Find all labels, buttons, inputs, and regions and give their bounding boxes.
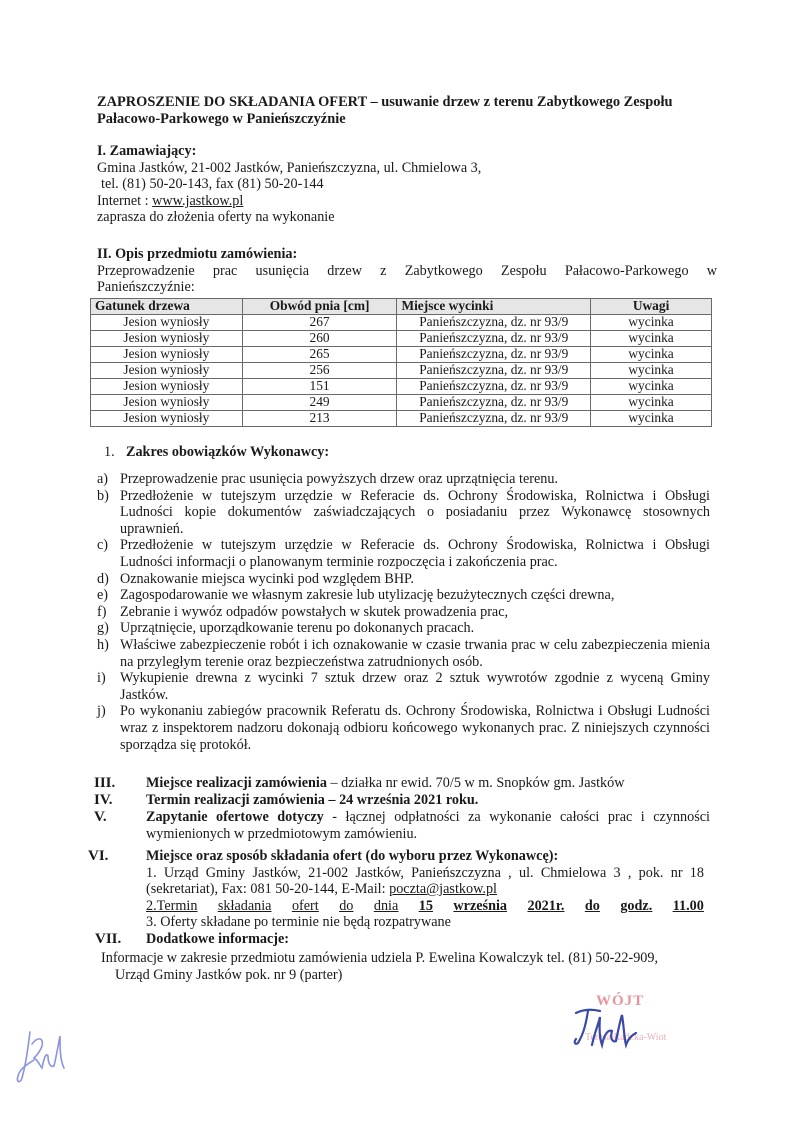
table-row: Jesion wyniosły267Panieńszczyzna, dz. nr… (91, 315, 712, 331)
column-header: Obwód pnia [cm] (242, 299, 397, 315)
item-text: Przeprowadzenie prac usunięcia powyższyc… (120, 471, 710, 488)
deadline-word: 2.Termin (146, 898, 197, 915)
section-ordering-party: I. Zamawiający: Gmina Jastków, 21-002 Ja… (97, 143, 717, 226)
item-text: Oznakowanie miejsca wycinki pod względem… (120, 571, 710, 588)
table-cell: wycinka (591, 347, 712, 363)
table-cell: Panieńszczyzna, dz. nr 93/9 (397, 379, 591, 395)
address-line: Gmina Jastków, 21-002 Jastków, Panieńszc… (97, 160, 717, 177)
item-label: b) (97, 488, 109, 505)
list-item: b)Przedłożenie w tutejszym urzędzie w Re… (97, 488, 710, 538)
section-numeral: VI. (88, 848, 108, 865)
item-label: h) (97, 637, 109, 654)
table-cell: wycinka (591, 363, 712, 379)
item-text: Przedłożenie w tutejszym urzędzie w Refe… (120, 537, 710, 570)
section-description: II. Opis przedmiotu zamówienia: Przeprow… (97, 246, 717, 296)
deadline-word: września (453, 898, 507, 915)
item-text: Zagospodarowanie we własnym zakresie lub… (120, 587, 710, 604)
item-label: a) (97, 471, 108, 488)
section-heading: Termin realizacji zamówienia – 24 wrześn… (146, 792, 710, 809)
table-cell: Jesion wyniosły (91, 315, 243, 331)
list-item: c)Przedłożenie w tutejszym urzędzie w Re… (97, 537, 710, 570)
intro-word: usunięcia (256, 263, 310, 280)
section-location: III. Miejsce realizacji zamówienia – dzi… (94, 775, 710, 792)
list-item: f)Zebranie i wywóz odpadów powstałych w … (97, 604, 710, 621)
deadline-word: 15 (419, 898, 433, 915)
table-row: Jesion wyniosły213Panieńszczyzna, dz. nr… (91, 411, 712, 427)
deadline-word: 11.00 (673, 898, 704, 915)
table-header-row: Gatunek drzewaObwód pnia [cm]Miejsce wyc… (91, 299, 712, 315)
intro-word: Przeprowadzenie (97, 263, 195, 280)
section-heading: Miejsce oraz sposób składania ofert (do … (146, 848, 704, 865)
table-cell: 260 (242, 331, 397, 347)
table-cell: 213 (242, 411, 397, 427)
list-item: d)Oznakowanie miejsca wycinki pod względ… (97, 571, 710, 588)
table-cell: Jesion wyniosły (91, 363, 243, 379)
document-title: ZAPROSZENIE DO SKŁADANIA OFERT – usuwani… (97, 94, 717, 128)
item-text: Wykupienie drewna z wycinki 7 sztuk drze… (120, 670, 710, 703)
table-cell: Jesion wyniosły (91, 411, 243, 427)
table-cell: Jesion wyniosły (91, 395, 243, 411)
scope-number: 1. (104, 444, 126, 461)
item-label: e) (97, 587, 108, 604)
table-cell: 256 (242, 363, 397, 379)
intro-word: Zespołu (501, 263, 547, 280)
table-cell: wycinka (591, 331, 712, 347)
item-text: Po wykonaniu zabiegów pracownik Referatu… (120, 703, 710, 753)
description-intro-line2: Panieńszczyźnie: (97, 279, 717, 296)
item-label: g) (97, 620, 109, 637)
item-text: Przedłożenie w tutejszym urzędzie w Refe… (120, 488, 710, 538)
column-header: Uwagi (591, 299, 712, 315)
scope-list: a)Przeprowadzenie prac usunięcia powyższ… (97, 471, 710, 753)
intro-word: w (707, 263, 717, 280)
deadline-word: ofert (292, 898, 319, 915)
scope-heading: 1.Zakres obowiązków Wykonawcy: (104, 444, 329, 461)
item-label: f) (97, 604, 106, 621)
section-heading: Zapytanie ofertowe dotyczy (146, 809, 324, 825)
internet-line: Internet : www.jastkow.pl (97, 193, 717, 210)
internet-label: Internet : (97, 193, 152, 209)
scope-title: Zakres obowiązków Wykonawcy: (126, 444, 329, 460)
deadline-word: 2021r. (527, 898, 564, 915)
section-additional-info: VII. Dodatkowe informacje: (95, 931, 711, 948)
column-header: Gatunek drzewa (91, 299, 243, 315)
table-cell: Panieńszczyzna, dz. nr 93/9 (397, 331, 591, 347)
trees-table: Gatunek drzewaObwód pnia [cm]Miejsce wyc… (90, 298, 712, 427)
submission-point-3: 3. Oferty składane po terminie nie będą … (146, 914, 704, 931)
additional-info-text: Informacje w zakresie przedmiotu zamówie… (101, 950, 721, 983)
list-item: i)Wykupienie drewna z wycinki 7 sztuk dr… (97, 670, 710, 703)
item-text: Zebranie i wywóz odpadów powstałych w sk… (120, 604, 710, 621)
section-deadline: IV. Termin realizacji zamówienia – 24 wr… (94, 792, 710, 809)
section-heading: Miejsce realizacji zamówienia (146, 775, 327, 791)
section-submission: VI. Miejsce oraz sposób składania ofert … (88, 848, 704, 931)
info-line: Informacje w zakresie przedmiotu zamówie… (101, 950, 721, 967)
list-item: g)Uprzątnięcie, uporządkowanie terenu po… (97, 620, 710, 637)
deadline-word: godz. (620, 898, 652, 915)
info-line: Urząd Gminy Jastków pok. nr 9 (parter) (101, 967, 721, 984)
table-row: Jesion wyniosły256Panieńszczyzna, dz. nr… (91, 363, 712, 379)
initials-signature-icon (12, 1022, 72, 1097)
item-text: Uprzątnięcie, uporządkowanie terenu po d… (120, 620, 710, 637)
submission-point-2: 2.Terminskładaniaofertdodnia15września20… (146, 898, 704, 915)
table-cell: Jesion wyniosły (91, 379, 243, 395)
table-cell: Panieńszczyzna, dz. nr 93/9 (397, 315, 591, 331)
deadline-word: do (585, 898, 600, 915)
deadline-word: dnia (374, 898, 398, 915)
table-row: Jesion wyniosły265Panieńszczyzna, dz. nr… (91, 347, 712, 363)
phone-line: tel. (81) 50-20-143, fax (81) 50-20-144 (97, 176, 717, 193)
section-heading: II. Opis przedmiotu zamówienia: (97, 246, 717, 263)
section-inquiry: V. Zapytanie ofertowe dotyczy - łącznej … (94, 809, 710, 842)
intro-word: Pałacowo-Parkowego (565, 263, 689, 280)
list-item: e)Zagospodarowanie we własnym zakresie l… (97, 587, 710, 604)
intro-word: Zabytkowego (405, 263, 483, 280)
table-cell: Jesion wyniosły (91, 347, 243, 363)
table-row: Jesion wyniosły260Panieńszczyzna, dz. nr… (91, 331, 712, 347)
table-cell: 265 (242, 347, 397, 363)
intro-word: prac (213, 263, 237, 280)
item-label: i) (97, 670, 106, 687)
table-row: Jesion wyniosły151Panieńszczyzna, dz. nr… (91, 379, 712, 395)
section-text: – działka nr ewid. 70/5 w m. Snopków gm.… (327, 775, 625, 791)
table-cell: wycinka (591, 315, 712, 331)
table-cell: Jesion wyniosły (91, 331, 243, 347)
table-cell: Panieńszczyzna, dz. nr 93/9 (397, 347, 591, 363)
item-label: c) (97, 537, 108, 554)
table-row: Jesion wyniosły249Panieńszczyzna, dz. nr… (91, 395, 712, 411)
table-cell: wycinka (591, 411, 712, 427)
section-numeral: V. (94, 809, 107, 826)
list-item: h)Właściwe zabezpieczenie robót i ich oz… (97, 637, 710, 670)
table-cell: Panieńszczyzna, dz. nr 93/9 (397, 395, 591, 411)
section-heading: Dodatkowe informacje: (146, 931, 711, 948)
intro-word: drzew (327, 263, 362, 280)
section-numeral: IV. (94, 792, 113, 809)
table-cell: 267 (242, 315, 397, 331)
item-label: d) (97, 571, 109, 588)
section-numeral: III. (94, 775, 115, 792)
list-item: j)Po wykonaniu zabiegów pracownik Refera… (97, 703, 710, 753)
table-cell: wycinka (591, 395, 712, 411)
email-link[interactable]: poczta@jastkow.pl (389, 881, 497, 897)
table-cell: wycinka (591, 379, 712, 395)
table-cell: 151 (242, 379, 397, 395)
table-cell: Panieńszczyzna, dz. nr 93/9 (397, 411, 591, 427)
item-label: j) (97, 703, 106, 720)
intro-word: z (380, 263, 386, 280)
table-cell: Panieńszczyzna, dz. nr 93/9 (397, 363, 591, 379)
deadline-word: do (339, 898, 353, 915)
website-link[interactable]: www.jastkow.pl (152, 193, 243, 209)
deadline-word: składania (218, 898, 272, 915)
column-header: Miejsce wycinki (397, 299, 591, 315)
description-intro-line: PrzeprowadzeniepracusunięciadrzewzZabytk… (97, 263, 717, 280)
list-item: a)Przeprowadzenie prac usunięcia powyższ… (97, 471, 710, 488)
section-numeral: VII. (95, 931, 121, 948)
submission-point-1: 1. Urząd Gminy Jastków, 21-002 Jastków, … (146, 865, 704, 898)
item-text: Właściwe zabezpieczenie robót i ich ozna… (120, 637, 710, 670)
signature-icon (570, 1005, 640, 1055)
table-cell: 249 (242, 395, 397, 411)
invitation-line: zaprasza do złożenia oferty na wykonanie (97, 209, 717, 226)
section-heading: I. Zamawiający: (97, 143, 717, 160)
